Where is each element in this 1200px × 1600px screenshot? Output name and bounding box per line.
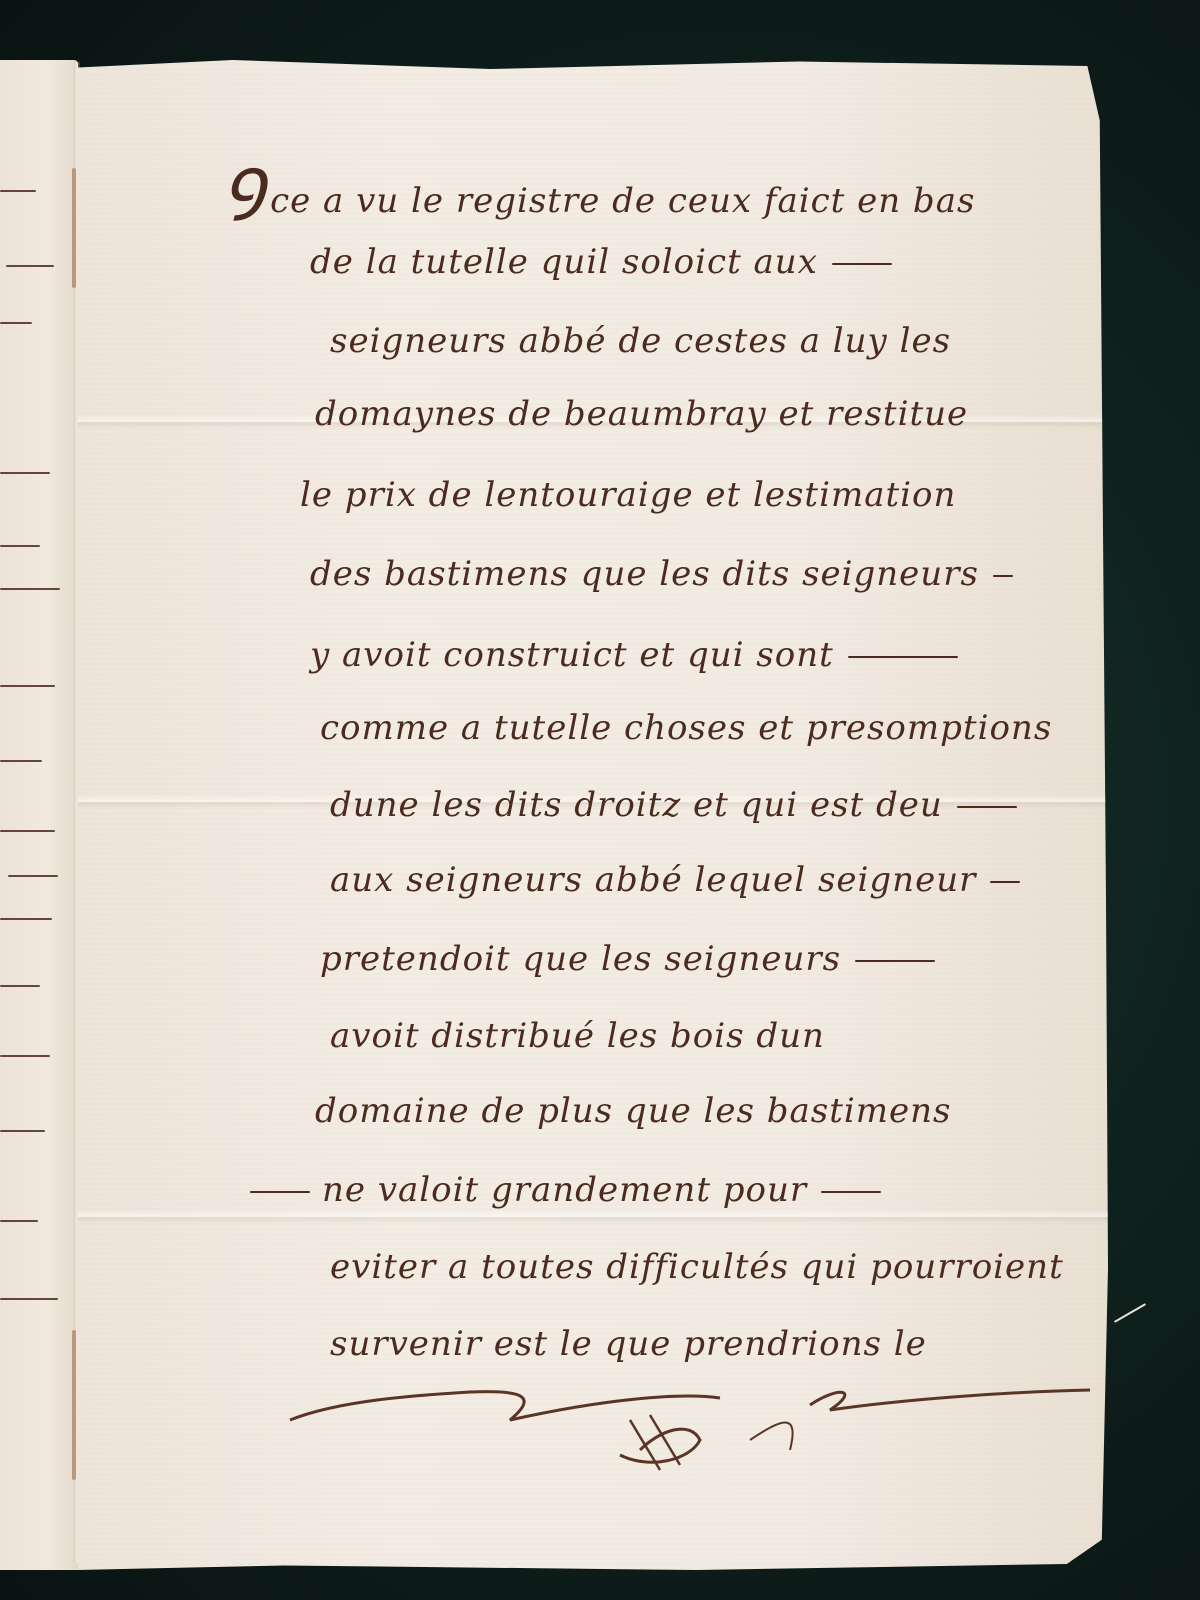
line-text: ce a vu le registre de ceux faict en bas (270, 181, 975, 221)
line-text: domaine de plus que les bastimens (315, 1091, 952, 1131)
text-line: des bastimens que les dits seigneurs (310, 535, 1110, 614)
line-text: y avoit construict et qui sont (310, 635, 834, 675)
line-stub (0, 472, 50, 474)
line-stub (0, 1220, 38, 1222)
decorated-initial: Ꝯ (220, 153, 264, 237)
text-line: pretendoit que les seigneurs (320, 920, 1120, 999)
text-line: comme a tutelle choses et presomptions (320, 689, 1120, 768)
line-filler (993, 575, 1013, 577)
text-line: ne valoit grandement pour (250, 1151, 1050, 1230)
line-text: survenir est le que prendrions le (330, 1324, 927, 1364)
line-filler (250, 1191, 310, 1193)
line-text: avoit distribué les bois dun (330, 1016, 825, 1056)
line-stub (0, 830, 55, 832)
manuscript-text: Ꝯce a vu le registre de ceux faict en ba… (220, 120, 1020, 1384)
text-line: aux seigneurs abbé lequel seigneur (330, 841, 1130, 920)
line-text: comme a tutelle choses et presomptions (320, 708, 1052, 748)
line-text: eviter a toutes difficultés qui pourroie… (330, 1247, 1064, 1287)
line-text: des bastimens que les dits seigneurs (310, 554, 979, 594)
line-stub (0, 918, 52, 920)
text-line: domaine de plus que les bastimens (315, 1072, 1115, 1151)
line-stub (0, 1130, 45, 1132)
line-stub (0, 985, 40, 987)
line-stub (0, 1055, 50, 1057)
line-text: pretendoit que les seigneurs (320, 939, 841, 979)
line-text: de la tutelle quil soloict aux (310, 242, 818, 282)
text-line: survenir est le que prendrions le (330, 1305, 1130, 1384)
line-text: seigneurs abbé de cestes a luy les (330, 321, 951, 361)
line-text: le prix de lentouraige et lestimation (300, 475, 956, 515)
line-text: ne valoit grandement pour (322, 1170, 807, 1210)
line-stub (0, 760, 42, 762)
line-stub (6, 265, 54, 267)
line-text: aux seigneurs abbé lequel seigneur (330, 860, 976, 900)
text-line: domaynes de beaumbray et restitue (315, 375, 1115, 454)
line-stub (8, 875, 58, 877)
line-stub (0, 545, 40, 547)
line-filler (855, 960, 935, 962)
text-line: y avoit construict et qui sont (310, 616, 1110, 695)
text-line: dune les dits droitz et qui est deu (330, 766, 1130, 845)
text-line: de la tutelle quil soloict aux (310, 223, 1110, 302)
text-line: seigneurs abbé de cestes a luy les (330, 302, 1130, 381)
line-filler (990, 881, 1020, 883)
line-stub (0, 322, 32, 324)
line-stub (0, 1298, 58, 1300)
text-line: eviter a toutes difficultés qui pourroie… (330, 1228, 1130, 1307)
line-filler (832, 263, 892, 265)
text-line: avoit distribué les bois dun (330, 997, 1130, 1076)
line-text: dune les dits droitz et qui est deu (330, 785, 943, 825)
line-filler (821, 1191, 881, 1193)
line-text: domaynes de beaumbray et restitue (315, 394, 968, 434)
binding-thread (72, 168, 76, 288)
line-stub (0, 588, 60, 590)
line-filler (957, 806, 1017, 808)
facing-page (0, 60, 78, 1570)
line-stub (0, 190, 36, 192)
binding-thread (72, 1330, 76, 1480)
photo-scene: Ꝯce a vu le registre de ceux faict en ba… (0, 0, 1200, 1600)
line-filler (848, 656, 958, 658)
line-stub (0, 685, 55, 687)
text-line: le prix de lentouraige et lestimation (300, 456, 1100, 535)
